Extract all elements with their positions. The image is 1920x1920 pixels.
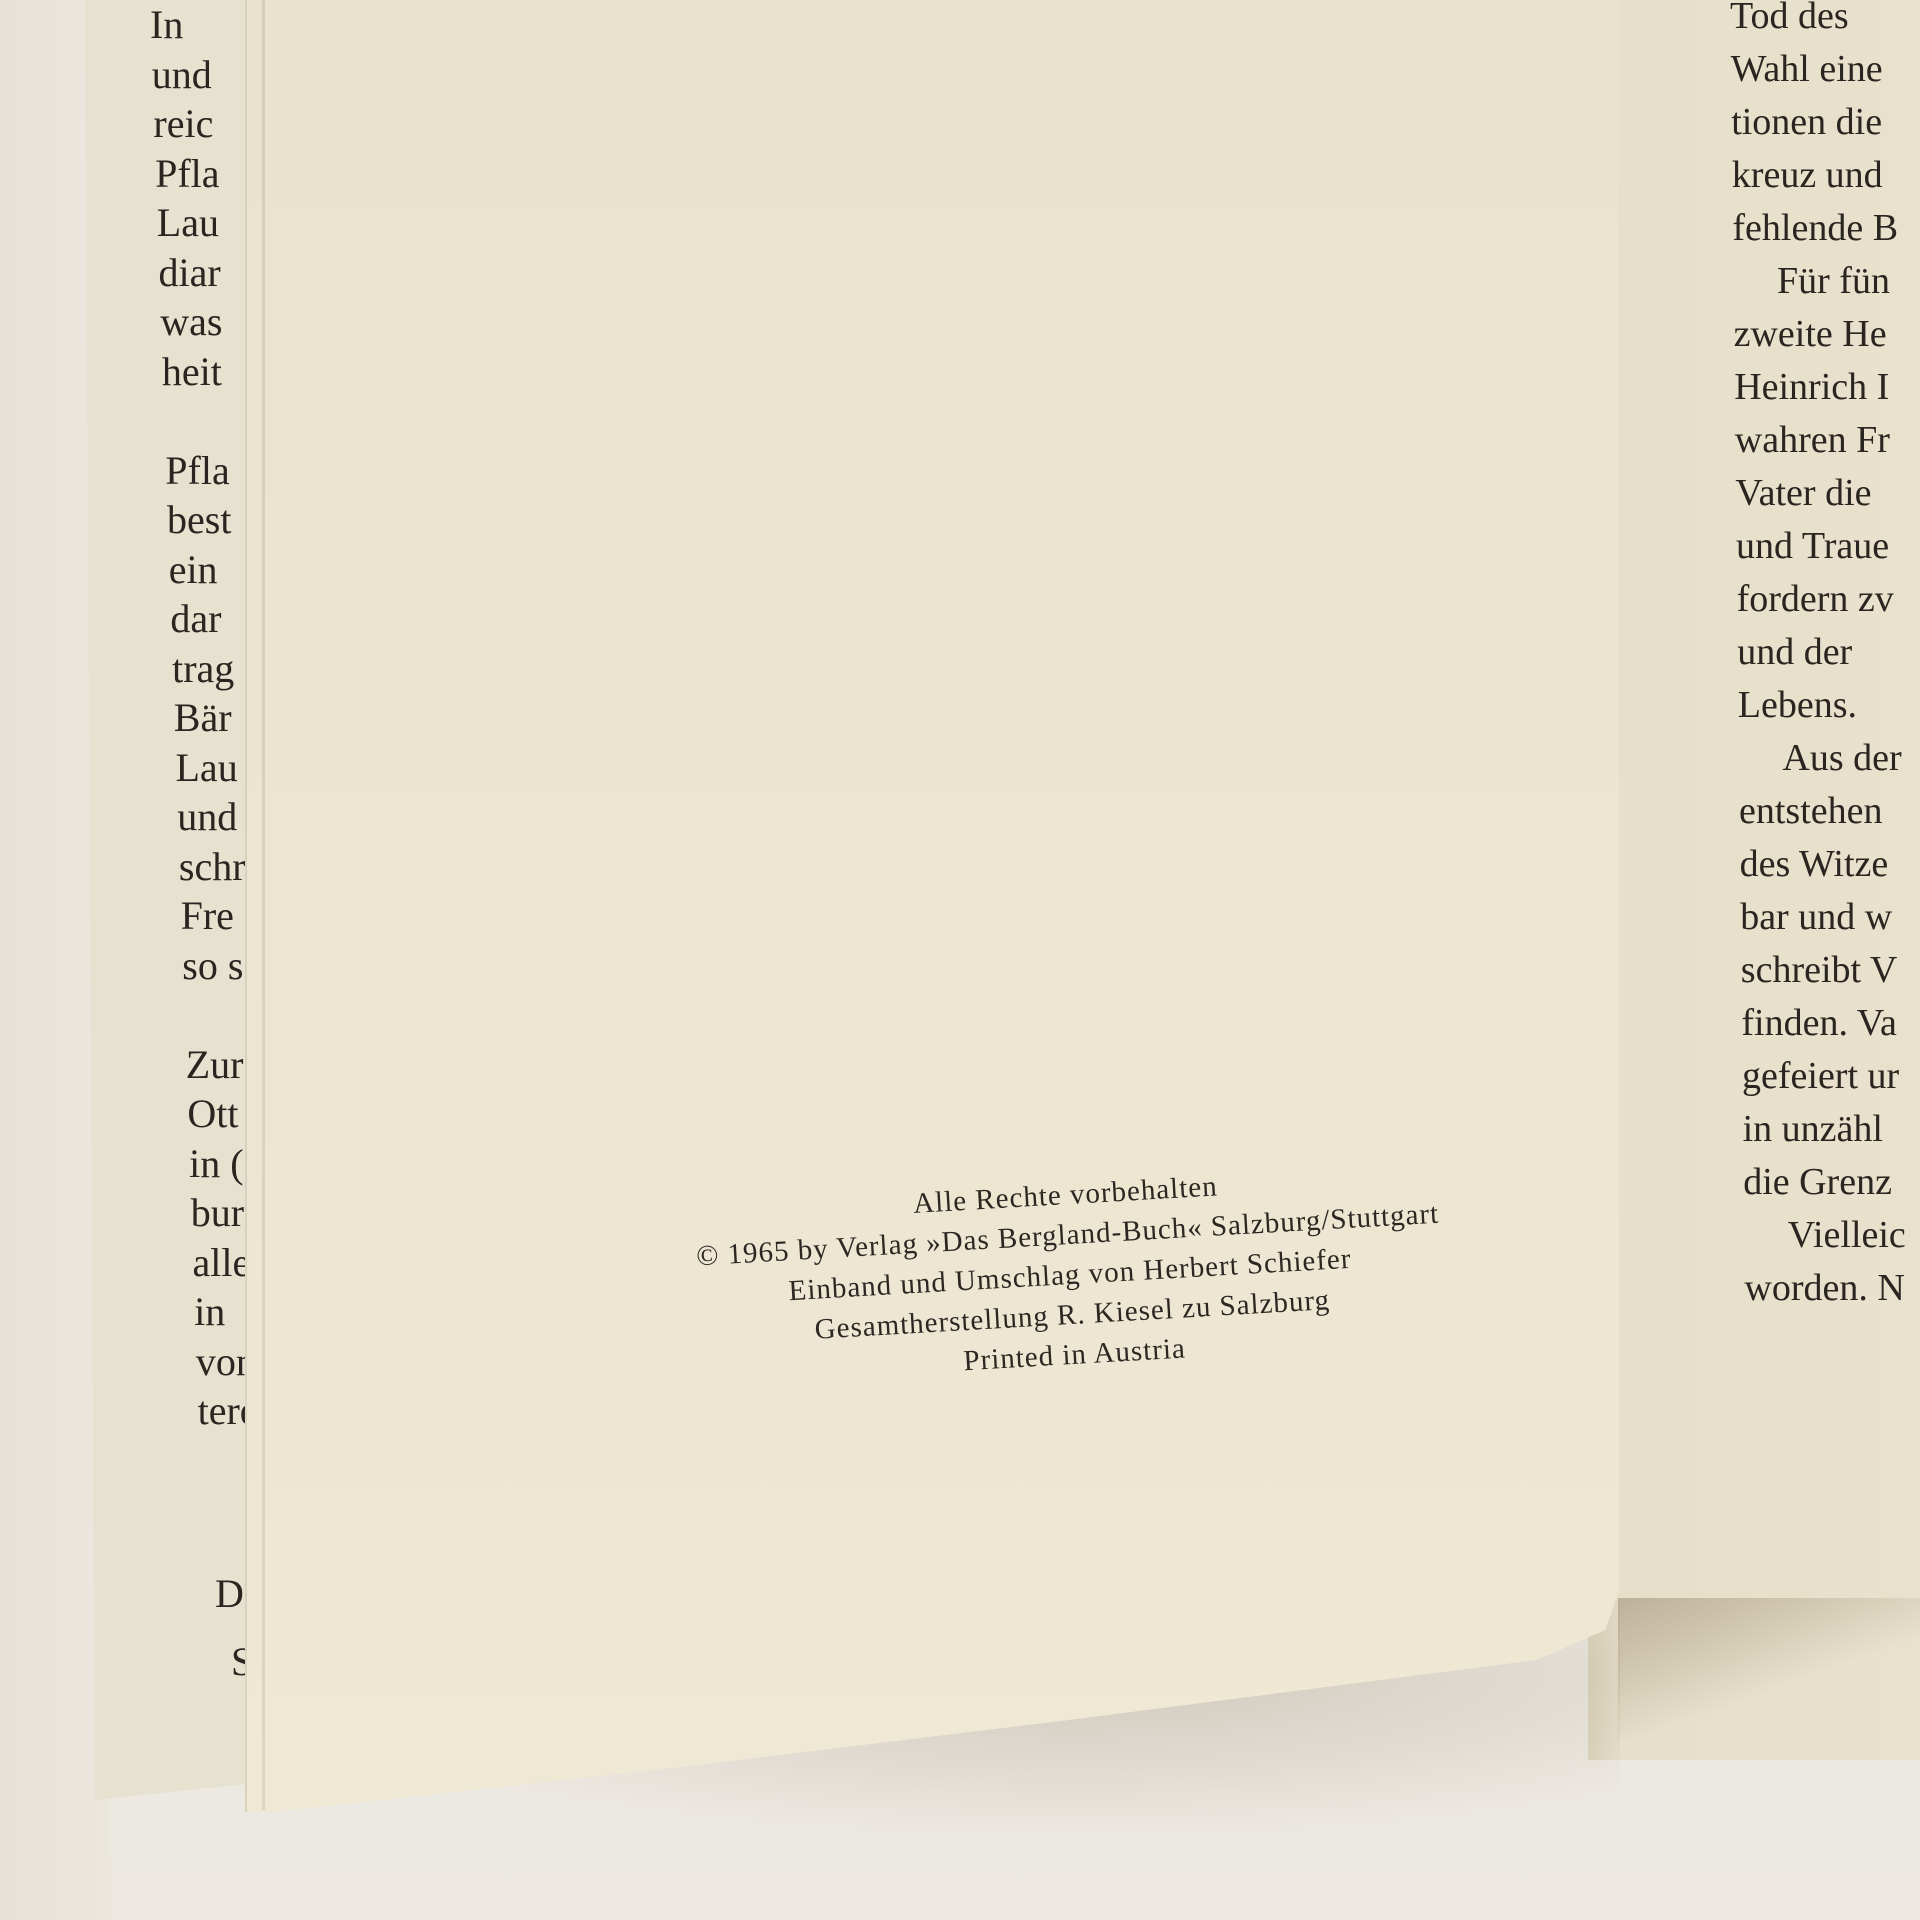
text-line: Vielleic [1744,1209,1920,1262]
text-line: zweite He [1734,308,1920,361]
right-page-text: Tod desWahl einetionen diekreuz undfehle… [1730,0,1920,1315]
text-line: entstehen [1739,785,1920,838]
text-line: schreibt V [1741,944,1920,997]
text-line: worden. N [1744,1262,1920,1315]
text-line: und der [1737,626,1920,679]
text-line: finden. Va [1741,997,1920,1050]
text-line: Tod des [1730,0,1920,43]
text-line: des Witze [1740,838,1920,891]
text-line: kreuz und [1732,149,1920,202]
text-line: in unzähl [1743,1103,1920,1156]
imprint-page [245,0,1619,1812]
text-line: Heinrich I [1734,361,1920,414]
text-line: Vater die [1735,467,1920,520]
text-line: und Traue [1736,520,1920,573]
text-line: Für fün [1733,255,1920,308]
text-line: wahren Fr [1735,414,1920,467]
text-line: die Grenz [1743,1156,1920,1209]
text-line: gefeiert ur [1742,1050,1920,1103]
text-line: fehlende B [1732,202,1920,255]
text-line: fordern zv [1737,573,1920,626]
text-line: bar und w [1740,891,1920,944]
left-page-region: InundreicPflaLaudiarwasheitPflabesteinda… [0,0,268,1920]
text-line: tionen die [1731,96,1920,149]
text-line: Wahl eine [1731,43,1920,96]
right-page-shadow [1618,1598,1920,1738]
text-line: Aus der [1738,732,1920,785]
text-line: Lebens. [1738,679,1920,732]
page-fold [262,0,265,1810]
